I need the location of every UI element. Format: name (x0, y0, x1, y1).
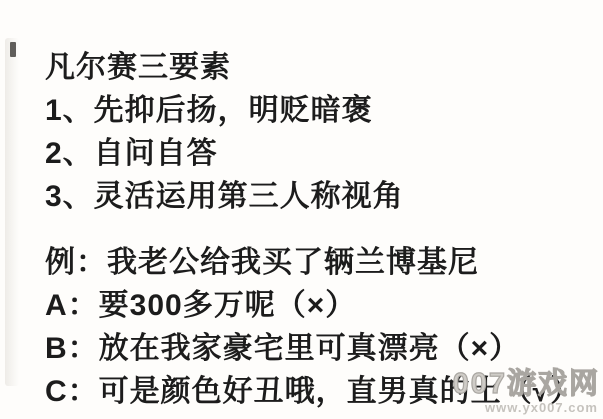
option-b: B：放在我家豪宅里可真漂亮（×） (45, 327, 581, 370)
scan-edge-mark (10, 42, 16, 57)
paragraph-gap (45, 218, 581, 241)
meme-image: 凡尔赛三要素 1、先抑后扬，明贬暗褒 2、自问自答 3、灵活运用第三人称视角 例… (0, 0, 603, 419)
option-c: C：可是颜色好丑哦，直男真的土（√） (45, 370, 581, 413)
example-line: 例：我老公给我买了辆兰博基尼 (45, 241, 581, 284)
rule-item-1: 1、先抑后扬，明贬暗褒 (45, 89, 581, 132)
meme-title: 凡尔赛三要素 (45, 46, 581, 89)
meme-text-block: 凡尔赛三要素 1、先抑后扬，明贬暗褒 2、自问自答 3、灵活运用第三人称视角 例… (45, 46, 581, 413)
scan-edge-artifact (5, 38, 19, 386)
rule-item-3: 3、灵活运用第三人称视角 (45, 175, 581, 218)
rule-item-2: 2、自问自答 (45, 132, 581, 175)
option-a: A：要300多万呢（×） (45, 284, 581, 327)
